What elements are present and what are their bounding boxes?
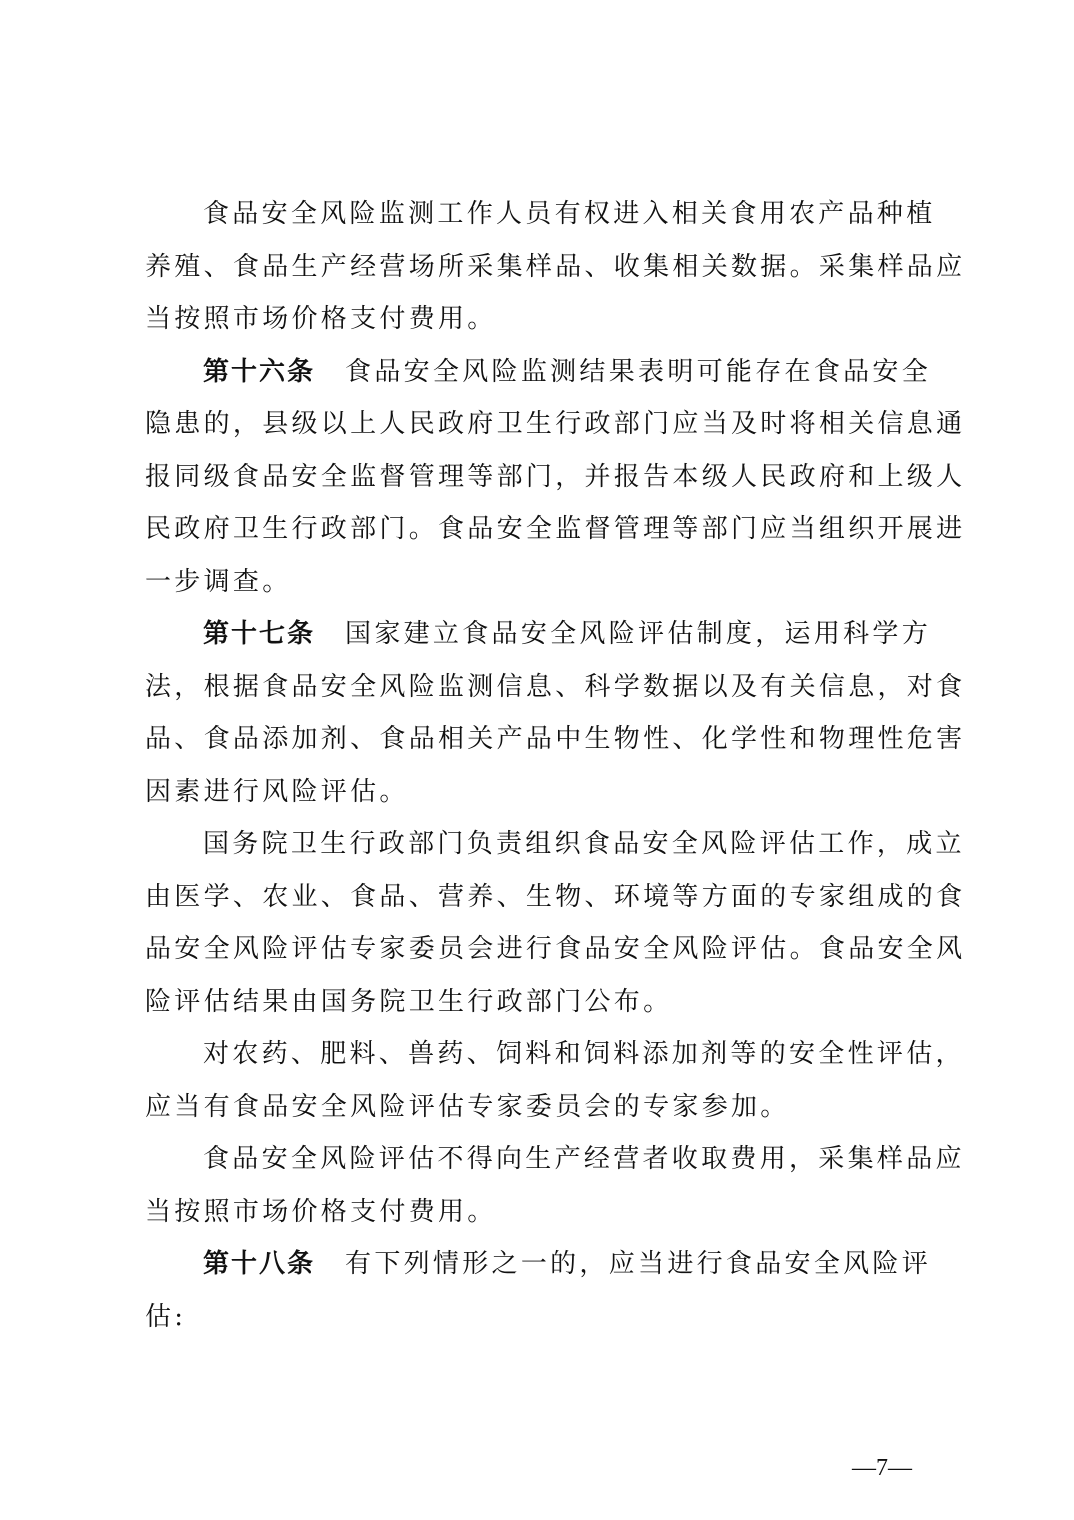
text-line: 第十六条食品安全风险监测结果表明可能存在食品安全: [145, 346, 945, 399]
text-line: 因素进行风险评估。: [145, 766, 945, 819]
article-text: 有下列情形之一的，应当进行食品安全风险评: [345, 1249, 931, 1279]
text-line: 一步调查。: [145, 556, 945, 609]
article-text: 食品安全风险监测结果表明可能存在食品安全: [345, 357, 931, 387]
text-line: 养殖、食品生产经营场所采集样品、收集相关数据。采集样品应: [145, 241, 945, 294]
text-line: 法，根据食品安全风险监测信息、科学数据以及有关信息，对食: [145, 661, 945, 714]
document-body: 食品安全风险监测工作人员有权进入相关食用农产品种植 养殖、食品生产经营场所采集样…: [145, 188, 945, 1343]
text-line: 品、食品添加剂、食品相关产品中生物性、化学性和物理性危害: [145, 713, 945, 766]
text-line: 品安全风险评估专家委员会进行食品安全风险评估。食品安全风: [145, 923, 945, 976]
article-text: 国家建立食品安全风险评估制度，运用科学方: [345, 619, 931, 649]
article-number: 第十七条: [203, 619, 315, 649]
article-18: 第十八条有下列情形之一的，应当进行食品安全风险评 估:: [145, 1238, 945, 1343]
article-number: 第十八条: [203, 1249, 315, 1279]
text-line: 当按照市场价格支付费用。: [145, 1186, 945, 1239]
article-number: 第十六条: [203, 357, 315, 387]
article-16: 第十六条食品安全风险监测结果表明可能存在食品安全 隐患的，县级以上人民政府卫生行…: [145, 346, 945, 609]
text-line: 估:: [145, 1291, 945, 1344]
text-line: 国务院卫生行政部门负责组织食品安全风险评估工作，成立: [145, 818, 945, 871]
text-line: 当按照市场价格支付费用。: [145, 293, 945, 346]
paragraph: 食品安全风险评估不得向生产经营者收取费用，采集样品应 当按照市场价格支付费用。: [145, 1133, 945, 1238]
text-line: 险评估结果由国务院卫生行政部门公布。: [145, 976, 945, 1029]
text-line: 报同级食品安全监督管理等部门，并报告本级人民政府和上级人: [145, 451, 945, 504]
text-line: 民政府卫生行政部门。食品安全监督管理等部门应当组织开展进: [145, 503, 945, 556]
text-line: 食品安全风险评估不得向生产经营者收取费用，采集样品应: [145, 1133, 945, 1186]
text-line: 由医学、农业、食品、营养、生物、环境等方面的专家组成的食: [145, 871, 945, 924]
text-line: 应当有食品安全风险评估专家委员会的专家参加。: [145, 1081, 945, 1134]
text-line: 隐患的，县级以上人民政府卫生行政部门应当及时将相关信息通: [145, 398, 945, 451]
paragraph: 国务院卫生行政部门负责组织食品安全风险评估工作，成立 由医学、农业、食品、营养、…: [145, 818, 945, 1028]
paragraph: 对农药、肥料、兽药、饲料和饲料添加剂等的安全性评估， 应当有食品安全风险评估专家…: [145, 1028, 945, 1133]
text-line: 对农药、肥料、兽药、饲料和饲料添加剂等的安全性评估，: [145, 1028, 945, 1081]
text-line: 食品安全风险监测工作人员有权进入相关食用农产品种植: [145, 188, 945, 241]
text-line: 第十七条国家建立食品安全风险评估制度，运用科学方: [145, 608, 945, 661]
article-17: 第十七条国家建立食品安全风险评估制度，运用科学方 法，根据食品安全风险监测信息、…: [145, 608, 945, 818]
page-number: —7—: [852, 1455, 912, 1482]
text-line: 第十八条有下列情形之一的，应当进行食品安全风险评: [145, 1238, 945, 1291]
paragraph: 食品安全风险监测工作人员有权进入相关食用农产品种植 养殖、食品生产经营场所采集样…: [145, 188, 945, 346]
document-page: 食品安全风险监测工作人员有权进入相关食用农产品种植 养殖、食品生产经营场所采集样…: [0, 0, 1074, 1520]
